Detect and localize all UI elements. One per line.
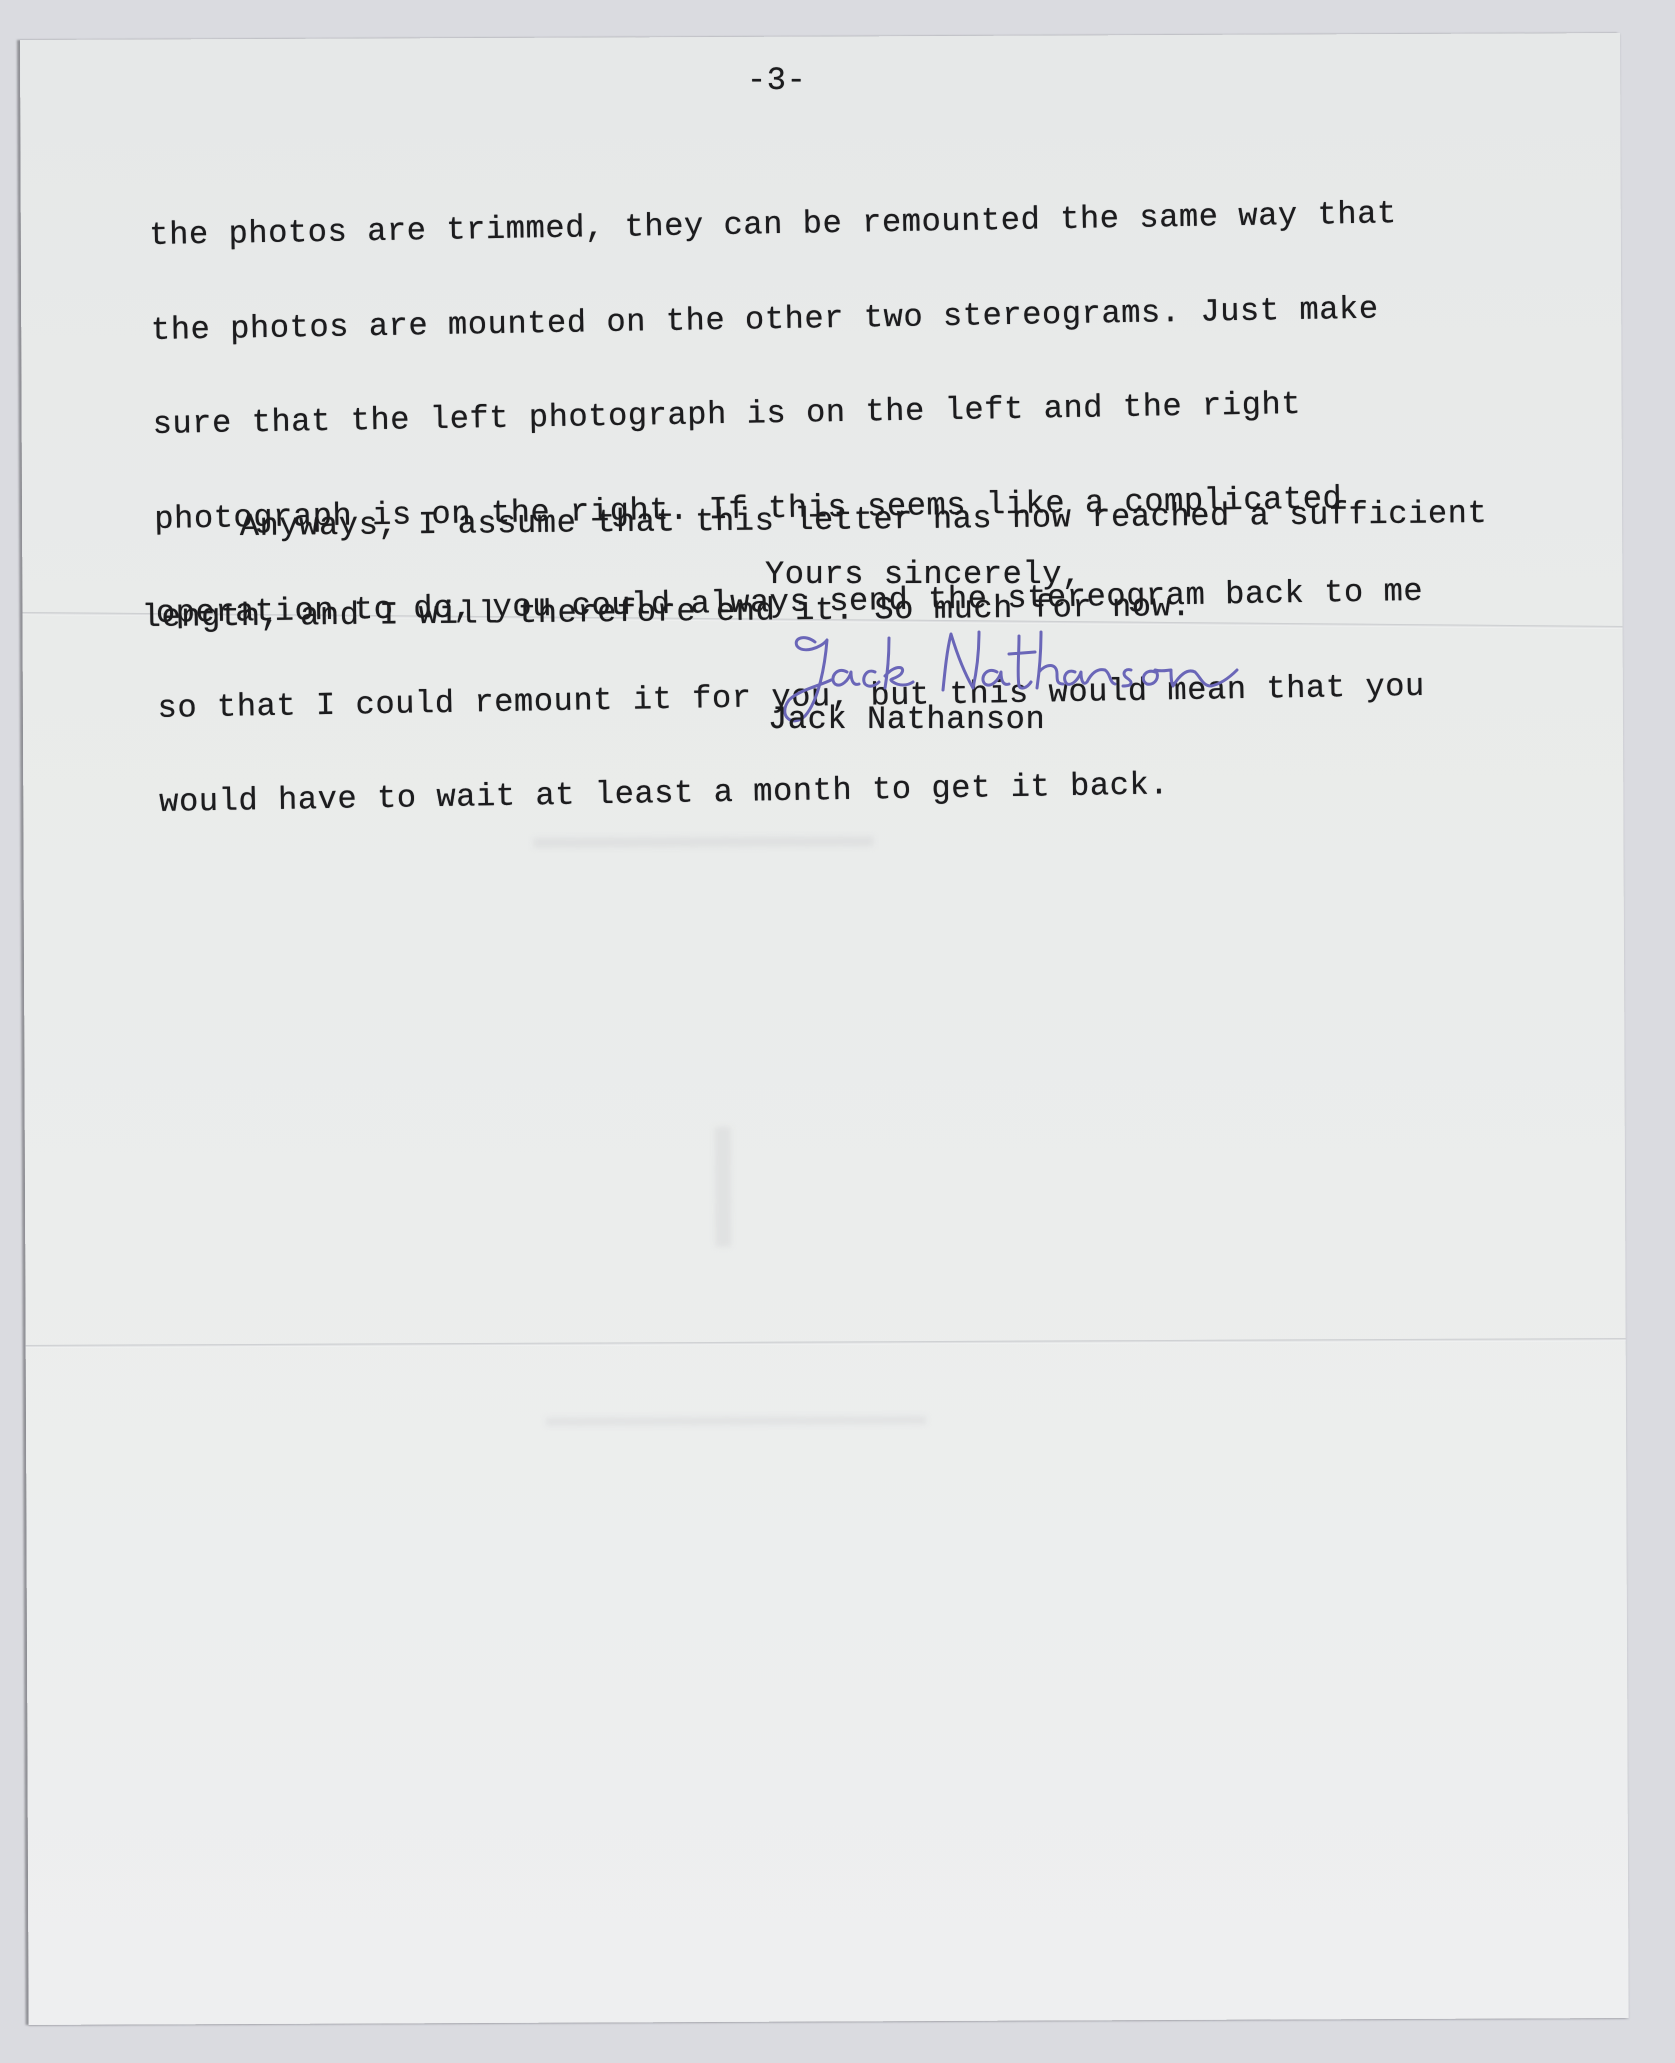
text-line: sure that the left photograph is on the … bbox=[152, 387, 1420, 441]
text-line: the photos are mounted on the other two … bbox=[151, 292, 1419, 346]
text-line: the photos are trimmed, they can be remo… bbox=[149, 198, 1417, 252]
typed-signer-name: Jack Nathanson bbox=[768, 701, 1045, 738]
bleed-through-mark bbox=[546, 1416, 926, 1426]
closing-salutation: Yours sincerely, bbox=[765, 556, 1082, 593]
text-line: Anyways, I assume that this letter has n… bbox=[141, 499, 1488, 543]
text-line: would have to wait at least a month to g… bbox=[159, 765, 1427, 819]
page-number: -3- bbox=[747, 62, 806, 99]
bleed-through-mark bbox=[715, 1127, 732, 1247]
fold-crease-lower bbox=[26, 1338, 1626, 1348]
